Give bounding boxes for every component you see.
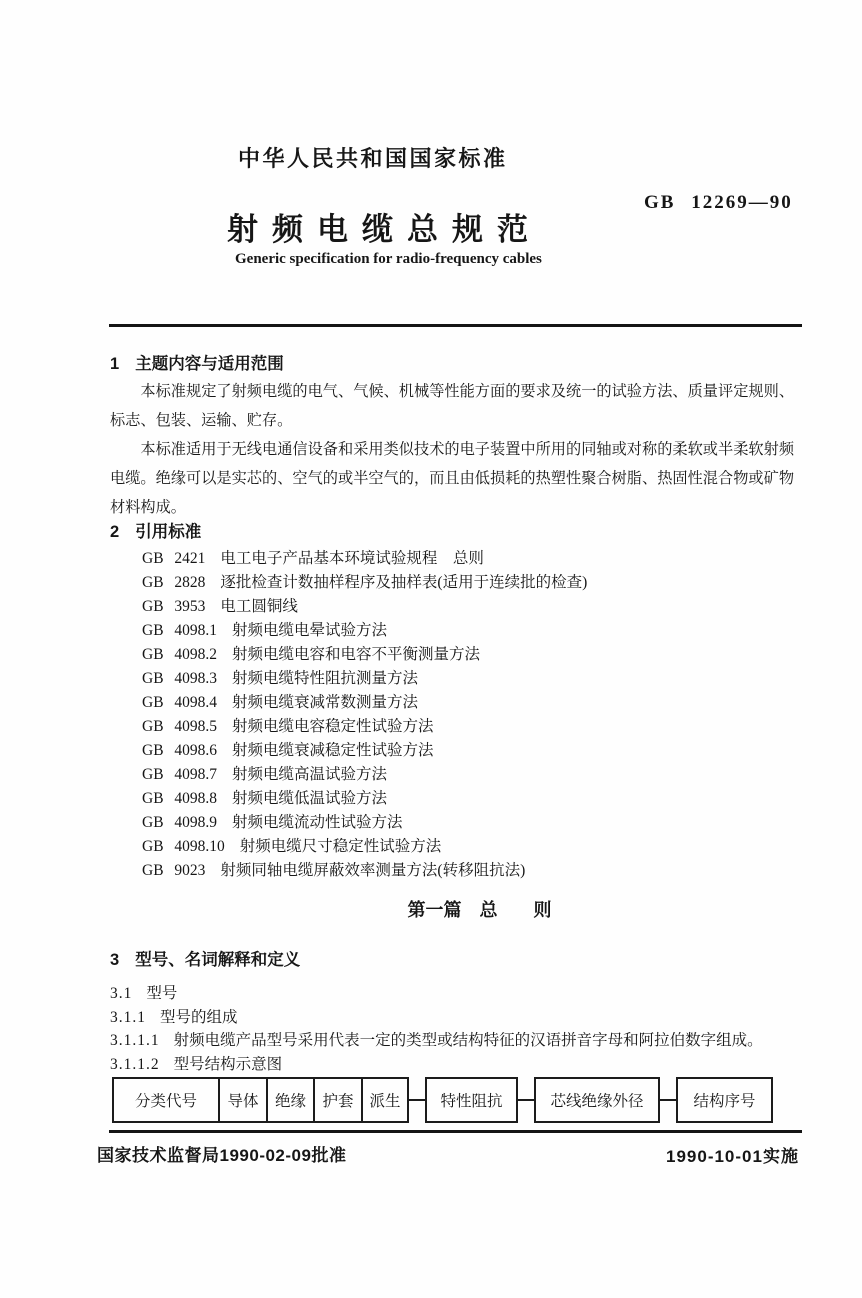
diagram-cell-sheath: 护套 (315, 1077, 363, 1123)
clause-3-1: 3.1型号 (110, 981, 177, 1003)
standard-reference-row: GB 4098.9射频电缆流动性试验方法 (142, 811, 587, 835)
diagram-cell-classification-code: 分类代号 (112, 1077, 220, 1123)
standard-reference-row: GB 4098.1射频电缆电晕试验方法 (142, 619, 587, 643)
document-title: 射频电缆总规范 (227, 204, 542, 249)
section-1-heading: 1主题内容与适用范围 (110, 350, 284, 374)
diagram-box-core-insulation-diameter: 芯线绝缘外径 (534, 1077, 660, 1123)
standard-reference-row: GB 4098.3射频电缆特性阻抗测量方法 (142, 667, 587, 691)
clause-3-1-1-1-text: 射频电缆产品型号采用代表一定的类型或结构特征的汉语拼音字母和阿拉伯数字组成。 (174, 1032, 763, 1049)
standard-reference-row: GB 4098.8射频电缆低温试验方法 (142, 787, 587, 811)
standard-name: 逐批检查计数抽样程序及抽样表(适用于连续批的检查) (220, 574, 587, 591)
standard-code: GB 4098.10 (142, 835, 225, 859)
standard-reference-row: GB 2421电工电子产品基本环境试验规程 总则 (142, 547, 587, 571)
diagram-connector-line (518, 1099, 534, 1101)
clause-3-1-1-2-text: 型号结构示意图 (174, 1056, 283, 1073)
standard-name: 电工电子产品基本环境试验规程 总则 (220, 550, 484, 567)
designation-group-box: 分类代号 导体 绝缘 护套 派生 (112, 1077, 409, 1123)
standard-reference-row: GB 4098.10射频电缆尺寸稳定性试验方法 (142, 835, 587, 859)
header-divider-rule (109, 324, 802, 327)
document-title-english: Generic specification for radio-frequenc… (235, 251, 542, 268)
clause-3-1-1-2-number: 3.1.1.2 (110, 1056, 160, 1074)
standard-name: 射频电缆高温试验方法 (232, 766, 387, 783)
footer-divider-rule (109, 1130, 802, 1133)
standard-name: 射频电缆流动性试验方法 (232, 814, 403, 831)
scope-paragraph-1: 本标准规定了射频电缆的电气、气候、机械等性能方面的要求及统一的试验方法、质量评定… (110, 377, 794, 435)
standard-name: 射频电缆电容稳定性试验方法 (232, 718, 434, 735)
approval-authority-date: 国家技术监督局1990-02-09批准 (97, 1141, 346, 1166)
standard-code: GB 2421 (142, 547, 205, 571)
standard-code: GB 9023 (142, 859, 205, 883)
scope-paragraph-2: 本标准适用于无线电通信设备和采用类似技术的电子装置中所用的同轴或对称的柔软或半柔… (110, 435, 794, 522)
section-1-body: 本标准规定了射频电缆的电气、气候、机械等性能方面的要求及统一的试验方法、质量评定… (110, 377, 794, 522)
section-3-number: 3 (110, 951, 119, 970)
clause-3-1-1: 3.1.1型号的组成 (110, 1005, 238, 1027)
standard-name: 射频电缆电晕试验方法 (232, 622, 387, 639)
standard-reference-row: GB 4098.7射频电缆高温试验方法 (142, 763, 587, 787)
standard-code: GB 4098.5 (142, 715, 217, 739)
diagram-box-structure-serial-number: 结构序号 (676, 1077, 773, 1123)
section-3-heading: 3型号、名词解释和定义 (110, 946, 300, 970)
diagram-connector-line (660, 1099, 676, 1101)
standard-code: GB 4098.9 (142, 811, 217, 835)
document-page: 中华人民共和国国家标准 GB 12269—90 射频电缆总规范 Generic … (0, 0, 862, 1298)
standard-code: GB 4098.8 (142, 787, 217, 811)
section-1-number: 1 (110, 355, 119, 374)
clause-3-1-1-number: 3.1.1 (110, 1009, 146, 1027)
clause-3-1-1-1: 3.1.1.1射频电缆产品型号采用代表一定的类型或结构特征的汉语拼音字母和阿拉伯… (110, 1028, 763, 1050)
standard-code: GB 4098.3 (142, 667, 217, 691)
standard-code: GB 4098.1 (142, 619, 217, 643)
diagram-cell-insulation: 绝缘 (268, 1077, 315, 1123)
clause-3-1-text: 型号 (146, 985, 177, 1002)
standard-reference-row: GB 4098.2射频电缆电容和电容不平衡测量方法 (142, 643, 587, 667)
standard-code: GB 4098.4 (142, 691, 217, 715)
standard-reference-row: GB 2828逐批检查计数抽样程序及抽样表(适用于连续批的检查) (142, 571, 587, 595)
standard-code: GB 2828 (142, 571, 205, 595)
standard-name: 射频电缆衰减常数测量方法 (232, 694, 418, 711)
diagram-connector-line (409, 1099, 425, 1101)
standard-name: 射频电缆电容和电容不平衡测量方法 (232, 646, 480, 663)
national-standard-label: 中华人民共和国国家标准 (238, 142, 508, 173)
clause-3-1-1-1-number: 3.1.1.1 (110, 1032, 160, 1050)
clause-3-1-number: 3.1 (110, 985, 132, 1003)
standard-reference-row: GB 4098.5射频电缆电容稳定性试验方法 (142, 715, 587, 739)
diagram-box-characteristic-impedance: 特性阻抗 (425, 1077, 518, 1123)
standard-name: 电工圆铜线 (220, 598, 298, 615)
standard-name: 射频电缆衰减稳定性试验方法 (232, 742, 434, 759)
standard-name: 射频电缆尺寸稳定性试验方法 (240, 838, 442, 855)
clause-3-1-1-text: 型号的组成 (160, 1009, 238, 1026)
standard-code: GB 4098.7 (142, 763, 217, 787)
section-1-title: 主题内容与适用范围 (135, 355, 284, 373)
standard-reference-row: GB 9023射频同轴电缆屏蔽效率测量方法(转移阻抗法) (142, 859, 587, 883)
referenced-standards-list: GB 2421电工电子产品基本环境试验规程 总则GB 2828逐批检查计数抽样程… (142, 547, 587, 883)
section-2-number: 2 (110, 523, 119, 542)
standard-reference-row: GB 4098.4射频电缆衰减常数测量方法 (142, 691, 587, 715)
standard-code: GB 3953 (142, 595, 205, 619)
standard-name: 射频同轴电缆屏蔽效率测量方法(转移阻抗法) (220, 862, 525, 879)
standard-name: 射频电缆低温试验方法 (232, 790, 387, 807)
part-1-heading: 第一篇 总 则 (110, 896, 794, 922)
standard-reference-row: GB 4098.6射频电缆衰减稳定性试验方法 (142, 739, 587, 763)
standard-name: 射频电缆特性阻抗测量方法 (232, 670, 418, 687)
section-3-title: 型号、名词解释和定义 (135, 951, 300, 969)
standard-code: GB 4098.6 (142, 739, 217, 763)
diagram-cell-derivative: 派生 (363, 1077, 409, 1123)
standard-reference-row: GB 3953电工圆铜线 (142, 595, 587, 619)
standard-code: GB 4098.2 (142, 643, 217, 667)
clause-3-1-1-2: 3.1.1.2型号结构示意图 (110, 1052, 282, 1074)
section-2-heading: 2引用标准 (110, 518, 201, 542)
section-2-title: 引用标准 (135, 523, 201, 541)
standard-code: GB 12269—90 (644, 192, 793, 214)
model-designation-diagram: 分类代号 导体 绝缘 护套 派生 特性阻抗 芯线绝缘外径 结构序号 (112, 1077, 773, 1123)
effective-date: 1990-10-01实施 (666, 1142, 799, 1167)
diagram-cell-conductor: 导体 (220, 1077, 268, 1123)
